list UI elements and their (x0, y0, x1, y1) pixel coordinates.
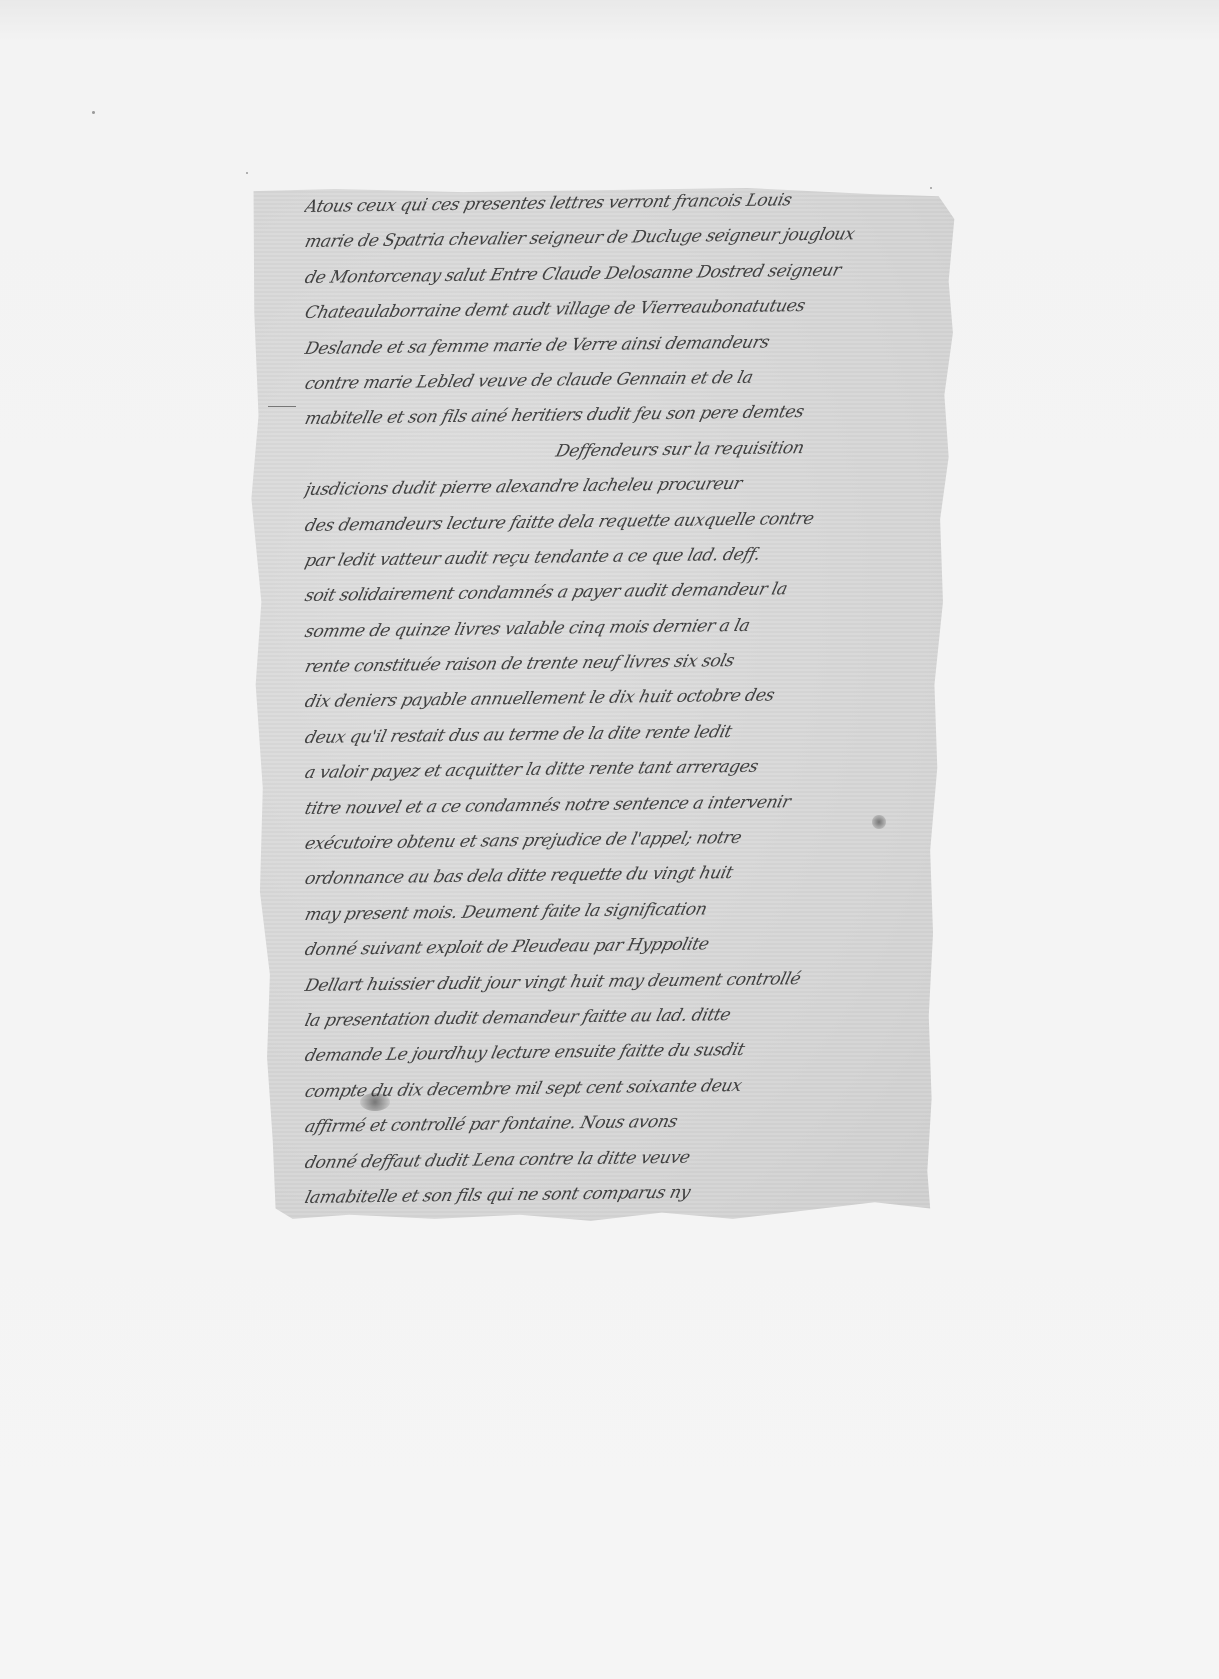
dust-speck (930, 187, 932, 189)
manuscript-page: Atous ceux qui ces presentes lettres ver… (250, 188, 960, 1223)
dust-speck (246, 172, 248, 174)
dust-speck (92, 111, 95, 114)
fold-mark (268, 406, 296, 407)
